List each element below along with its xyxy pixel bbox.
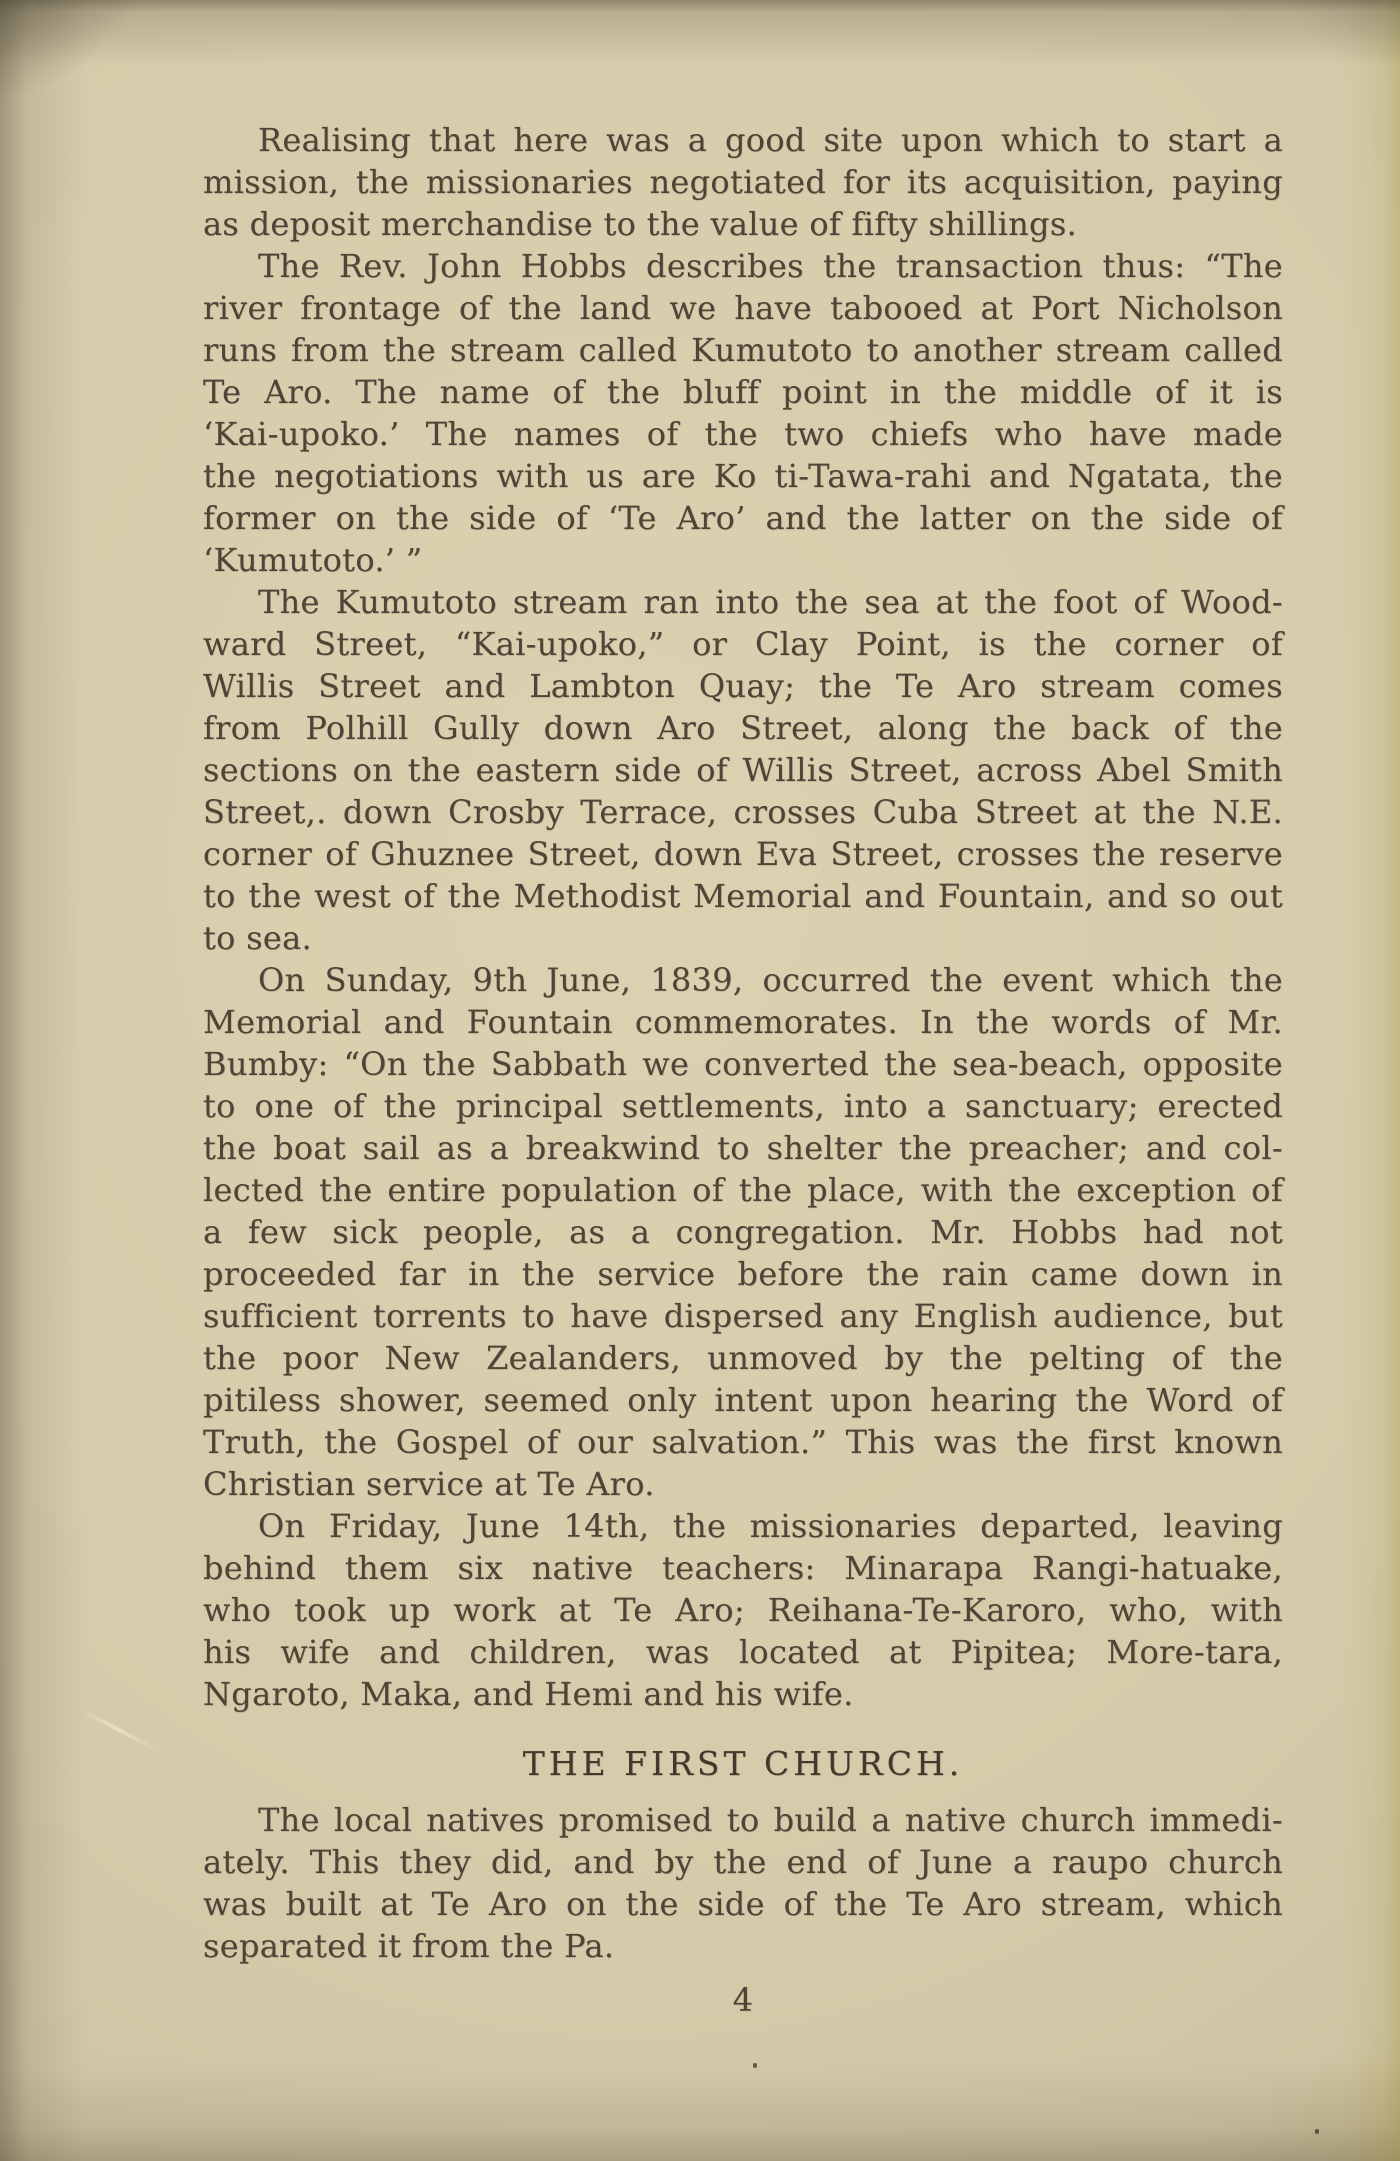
text-line: On Friday, June 14th, the missionaries d… [203, 1505, 1283, 1547]
text-line: Realising that here was a good site upon… [203, 119, 1283, 161]
text-line: to sea. [203, 917, 1283, 959]
paper-speck [753, 2063, 757, 2068]
text-line: ‘Kumutoto.’ ” [203, 539, 1283, 581]
scanned-book-page: Realising that here was a good site upon… [0, 0, 1400, 2161]
text-line: as deposit merchandise to the value of f… [203, 203, 1283, 245]
text-line: sufficient torrents to have dispersed an… [203, 1295, 1283, 1337]
text-line: behind them six native teachers: Minarap… [203, 1547, 1283, 1589]
text-line: Christian service at Te Aro. [203, 1463, 1283, 1505]
text-line: The Rev. John Hobbs describes the transa… [203, 245, 1283, 287]
text-line: Willis Street and Lambton Quay; the Te A… [203, 665, 1283, 707]
page-text: Realising that here was a good site upon… [203, 119, 1283, 2021]
text-line: a few sick people, as a congregation. Mr… [203, 1211, 1283, 1253]
text-line: ward Street, “Kai-upoko,” or Clay Point,… [203, 623, 1283, 665]
text-line: river frontage of the land we have taboo… [203, 287, 1283, 329]
text-line: sections on the eastern side of Willis S… [203, 749, 1283, 791]
section-heading: THE FIRST CHURCH. [203, 1743, 1283, 1785]
text-line: The Kumutoto stream ran into the sea at … [203, 581, 1283, 623]
page-text-top: Realising that here was a good site upon… [203, 119, 1283, 1715]
text-line: the poor New Zealanders, unmoved by the … [203, 1337, 1283, 1379]
text-line: Truth, the Gospel of our salvation.” Thi… [203, 1421, 1283, 1463]
text-line: On Sunday, 9th June, 1839, occurred the … [203, 959, 1283, 1001]
text-line: Te Aro. The name of the bluff point in t… [203, 371, 1283, 413]
paragraph: On Sunday, 9th June, 1839, occurred the … [203, 959, 1283, 1505]
text-line: the negotiations with us are Ko ti-Tawa-… [203, 455, 1283, 497]
text-line: pitiless shower, seemed only intent upon… [203, 1379, 1283, 1421]
text-line: ‘Kai-upoko.’ The names of the two chiefs… [203, 413, 1283, 455]
text-line: ately. This they did, and by the end of … [203, 1841, 1283, 1883]
paragraph: The Kumutoto stream ran into the sea at … [203, 581, 1283, 959]
text-line: from Polhill Gully down Aro Street, alon… [203, 707, 1283, 749]
text-line: the boat sail as a breakwind to shelter … [203, 1127, 1283, 1169]
text-line: separated it from the Pa. [203, 1925, 1283, 1967]
paper-speck [1315, 2129, 1319, 2134]
text-line: Ngaroto, Maka, and Hemi and his wife. [203, 1673, 1283, 1715]
paragraph: The Rev. John Hobbs describes the transa… [203, 245, 1283, 581]
page-crease [78, 1707, 159, 1753]
text-line: Bumby: “On the Sabbath we converted the … [203, 1043, 1283, 1085]
paragraph: The local natives promised to build a na… [203, 1799, 1283, 1967]
text-line: runs from the stream called Kumutoto to … [203, 329, 1283, 371]
text-line: was built at Te Aro on the side of the T… [203, 1883, 1283, 1925]
text-line: to the west of the Methodist Memorial an… [203, 875, 1283, 917]
text-line: The local natives promised to build a na… [203, 1799, 1283, 1841]
paragraph: On Friday, June 14th, the missionaries d… [203, 1505, 1283, 1715]
text-line: mission, the missionaries negotiated for… [203, 161, 1283, 203]
text-line: who took up work at Te Aro; Reihana-Te-K… [203, 1589, 1283, 1631]
text-line: former on the side of ‘Te Aro’ and the l… [203, 497, 1283, 539]
page-text-bottom: The local natives promised to build a na… [203, 1799, 1283, 1967]
text-line: lected the entire population of the plac… [203, 1169, 1283, 1211]
text-line: Memorial and Fountain commemorates. In t… [203, 1001, 1283, 1043]
paragraph: Realising that here was a good site upon… [203, 119, 1283, 245]
text-line: his wife and children, was located at Pi… [203, 1631, 1283, 1673]
text-line: corner of Ghuznee Street, down Eva Stree… [203, 833, 1283, 875]
text-line: proceeded far in the service before the … [203, 1253, 1283, 1295]
text-line: to one of the principal settlements, int… [203, 1085, 1283, 1127]
page-number: 4 [203, 1979, 1283, 2021]
text-line: Street,. down Crosby Terrace, crosses Cu… [203, 791, 1283, 833]
